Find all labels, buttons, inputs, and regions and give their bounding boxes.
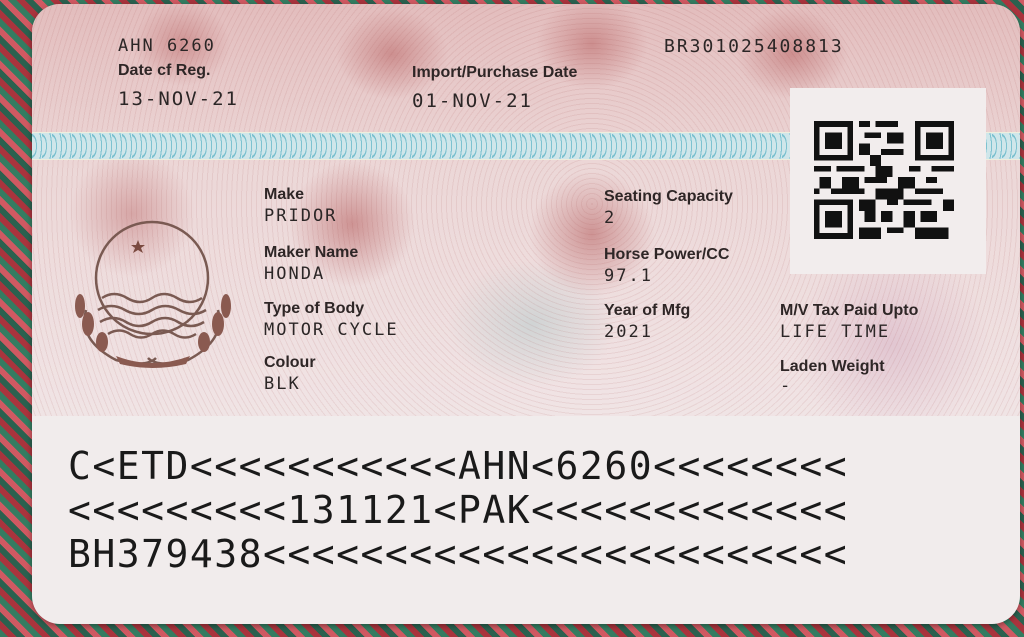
horse-power-label: Horse Power/CC bbox=[604, 246, 729, 264]
make-value: PRIDOR bbox=[264, 206, 337, 226]
laden-weight-value: - bbox=[780, 376, 792, 396]
type-of-body-value: MOTOR CYCLE bbox=[264, 320, 399, 340]
mrz-line-1: C<ETD<<<<<<<<<<<AHN<6260<<<<<<<< bbox=[68, 444, 848, 488]
type-of-body-label: Type of Body bbox=[264, 300, 364, 318]
date-of-reg-value: 13-NOV-21 bbox=[118, 88, 239, 110]
maker-name-label: Maker Name bbox=[264, 244, 358, 262]
laden-weight-label: Laden Weight bbox=[780, 358, 885, 376]
government-emblem-icon bbox=[66, 220, 240, 370]
horse-power-value: 97.1 bbox=[604, 266, 653, 286]
registration-number: AHN 6260 bbox=[118, 36, 216, 56]
qr-code-icon bbox=[814, 120, 954, 240]
mrz-line-3: BH379438<<<<<<<<<<<<<<<<<<<<<<<< bbox=[68, 532, 848, 576]
seating-capacity-value: 2 bbox=[604, 208, 616, 228]
year-of-mfg-label: Year of Mfg bbox=[604, 302, 690, 320]
serial-number: BR301025408813 bbox=[664, 36, 844, 57]
year-of-mfg-value: 2021 bbox=[604, 322, 653, 342]
mrz-line-2: <<<<<<<<<131121<PAK<<<<<<<<<<<<< bbox=[68, 488, 848, 532]
import-purchase-date-value: 01-NOV-21 bbox=[412, 90, 533, 112]
tax-paid-upto-label: M/V Tax Paid Upto bbox=[780, 302, 918, 320]
seating-capacity-label: Seating Capacity bbox=[604, 188, 733, 206]
vehicle-registration-card: AHN 6260 Date cf Reg. 13-NOV-21 Import/P… bbox=[32, 4, 1020, 624]
maker-name-value: HONDA bbox=[264, 264, 325, 284]
make-label: Make bbox=[264, 186, 304, 204]
qr-code-panel bbox=[790, 88, 986, 274]
import-purchase-date-label: Import/Purchase Date bbox=[412, 64, 577, 82]
colour-label: Colour bbox=[264, 354, 316, 372]
date-of-reg-label: Date cf Reg. bbox=[118, 62, 210, 80]
colour-value: BLK bbox=[264, 374, 301, 394]
tax-paid-upto-value: LIFE TIME bbox=[780, 322, 890, 342]
